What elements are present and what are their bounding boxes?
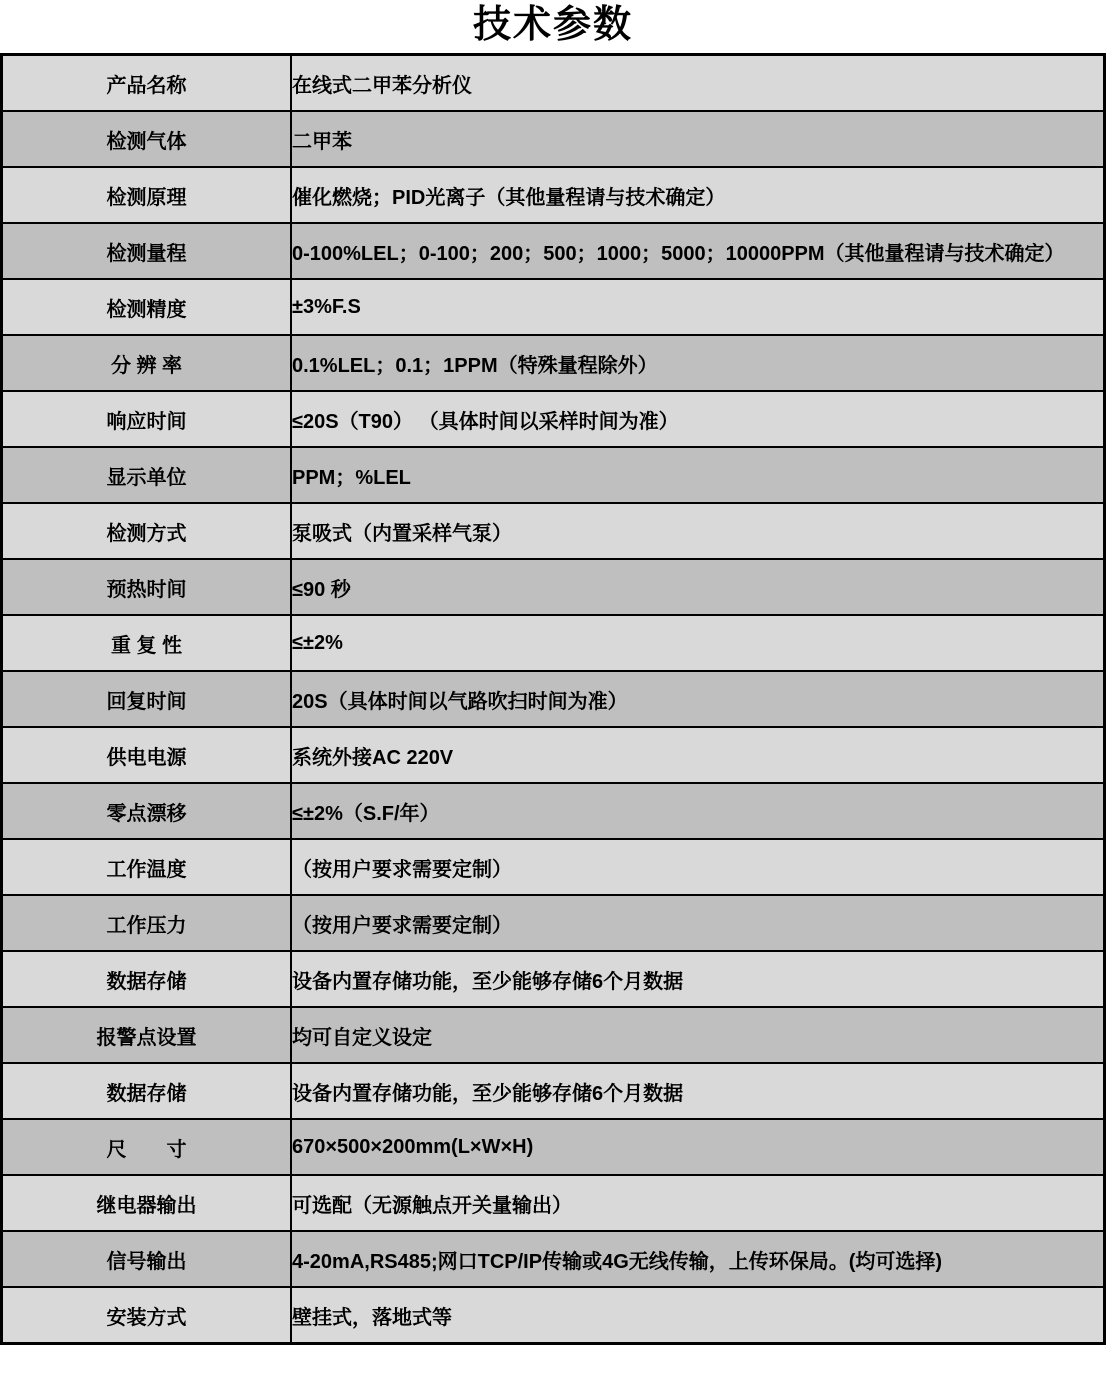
- param-value-cell: 在线式二甲苯分析仪: [291, 55, 1105, 112]
- param-name-cell: 显示单位: [2, 447, 292, 503]
- param-value-cell: 设备内置存储功能，至少能够存储6个月数据: [291, 951, 1105, 1007]
- table-row: 响应时间≤20S（T90） （具体时间以采样时间为准）: [2, 391, 1105, 447]
- param-value-cell: ≤±2%: [291, 615, 1105, 671]
- table-row: 检测精度±3%F.S: [2, 279, 1105, 335]
- param-name-cell: 数据存储: [2, 1063, 292, 1119]
- param-name-cell: 报警点设置: [2, 1007, 292, 1063]
- param-name-cell: 预热时间: [2, 559, 292, 615]
- param-value-cell: 0.1%LEL；0.1；1PPM（特殊量程除外）: [291, 335, 1105, 391]
- param-name-cell: 分 辨 率: [2, 335, 292, 391]
- table-row: 检测方式泵吸式（内置采样气泵）: [2, 503, 1105, 559]
- param-value-cell: （按用户要求需要定制）: [291, 895, 1105, 951]
- table-row: 检测气体二甲苯: [2, 111, 1105, 167]
- table-row: 继电器输出可选配（无源触点开关量输出）: [2, 1175, 1105, 1231]
- param-name-cell: 继电器输出: [2, 1175, 292, 1231]
- param-value-cell: 670×500×200mm(L×W×H): [291, 1119, 1105, 1175]
- spec-table: 产品名称在线式二甲苯分析仪检测气体二甲苯检测原理催化燃烧；PID光离子（其他量程…: [0, 53, 1106, 1345]
- table-row: 供电电源系统外接AC 220V: [2, 727, 1105, 783]
- param-value-cell: PPM；%LEL: [291, 447, 1105, 503]
- table-row: 显示单位PPM；%LEL: [2, 447, 1105, 503]
- table-row: 工作压力（按用户要求需要定制）: [2, 895, 1105, 951]
- param-value-cell: ≤20S（T90） （具体时间以采样时间为准）: [291, 391, 1105, 447]
- table-row: 数据存储设备内置存储功能，至少能够存储6个月数据: [2, 951, 1105, 1007]
- param-value-cell: ≤±2%（S.F/年）: [291, 783, 1105, 839]
- table-row: 信号输出4-20mA,RS485;网口TCP/IP传输或4G无线传输，上传环保局…: [2, 1231, 1105, 1287]
- param-name-cell: 信号输出: [2, 1231, 292, 1287]
- table-row: 零点漂移≤±2%（S.F/年）: [2, 783, 1105, 839]
- table-row: 数据存储设备内置存储功能，至少能够存储6个月数据: [2, 1063, 1105, 1119]
- param-name-cell: 检测精度: [2, 279, 292, 335]
- param-value-cell: ±3%F.S: [291, 279, 1105, 335]
- table-row: 分 辨 率0.1%LEL；0.1；1PPM（特殊量程除外）: [2, 335, 1105, 391]
- table-row: 回复时间20S（具体时间以气路吹扫时间为准）: [2, 671, 1105, 727]
- table-row: 尺 寸670×500×200mm(L×W×H): [2, 1119, 1105, 1175]
- param-value-cell: 设备内置存储功能，至少能够存储6个月数据: [291, 1063, 1105, 1119]
- table-row: 预热时间≤90 秒: [2, 559, 1105, 615]
- param-value-cell: 泵吸式（内置采样气泵）: [291, 503, 1105, 559]
- param-name-cell: 产品名称: [2, 55, 292, 112]
- table-row: 安装方式壁挂式，落地式等: [2, 1287, 1105, 1344]
- table-row: 产品名称在线式二甲苯分析仪: [2, 55, 1105, 112]
- param-value-cell: 均可自定义设定: [291, 1007, 1105, 1063]
- table-row: 检测原理催化燃烧；PID光离子（其他量程请与技术确定）: [2, 167, 1105, 223]
- param-value-cell: 壁挂式，落地式等: [291, 1287, 1105, 1344]
- param-name-cell: 检测量程: [2, 223, 292, 279]
- page-title: 技术参数: [0, 0, 1106, 53]
- param-name-cell: 尺 寸: [2, 1119, 292, 1175]
- param-name-cell: 响应时间: [2, 391, 292, 447]
- param-name-cell: 检测原理: [2, 167, 292, 223]
- param-name-cell: 回复时间: [2, 671, 292, 727]
- param-name-cell: 安装方式: [2, 1287, 292, 1344]
- spec-table-body: 产品名称在线式二甲苯分析仪检测气体二甲苯检测原理催化燃烧；PID光离子（其他量程…: [2, 55, 1105, 1344]
- param-name-cell: 检测方式: [2, 503, 292, 559]
- param-value-cell: 可选配（无源触点开关量输出）: [291, 1175, 1105, 1231]
- table-row: 工作温度（按用户要求需要定制）: [2, 839, 1105, 895]
- param-value-cell: 0-100%LEL；0-100；200；500；1000；5000；10000P…: [291, 223, 1105, 279]
- param-value-cell: 催化燃烧；PID光离子（其他量程请与技术确定）: [291, 167, 1105, 223]
- table-row: 重 复 性≤±2%: [2, 615, 1105, 671]
- table-row: 报警点设置均可自定义设定: [2, 1007, 1105, 1063]
- param-name-cell: 工作温度: [2, 839, 292, 895]
- param-name-cell: 检测气体: [2, 111, 292, 167]
- param-name-cell: 供电电源: [2, 727, 292, 783]
- param-value-cell: 二甲苯: [291, 111, 1105, 167]
- param-value-cell: （按用户要求需要定制）: [291, 839, 1105, 895]
- param-value-cell: 系统外接AC 220V: [291, 727, 1105, 783]
- param-value-cell: 4-20mA,RS485;网口TCP/IP传输或4G无线传输，上传环保局。(均可…: [291, 1231, 1105, 1287]
- param-name-cell: 零点漂移: [2, 783, 292, 839]
- param-value-cell: 20S（具体时间以气路吹扫时间为准）: [291, 671, 1105, 727]
- param-name-cell: 数据存储: [2, 951, 292, 1007]
- param-name-cell: 重 复 性: [2, 615, 292, 671]
- table-row: 检测量程0-100%LEL；0-100；200；500；1000；5000；10…: [2, 223, 1105, 279]
- param-value-cell: ≤90 秒: [291, 559, 1105, 615]
- param-name-cell: 工作压力: [2, 895, 292, 951]
